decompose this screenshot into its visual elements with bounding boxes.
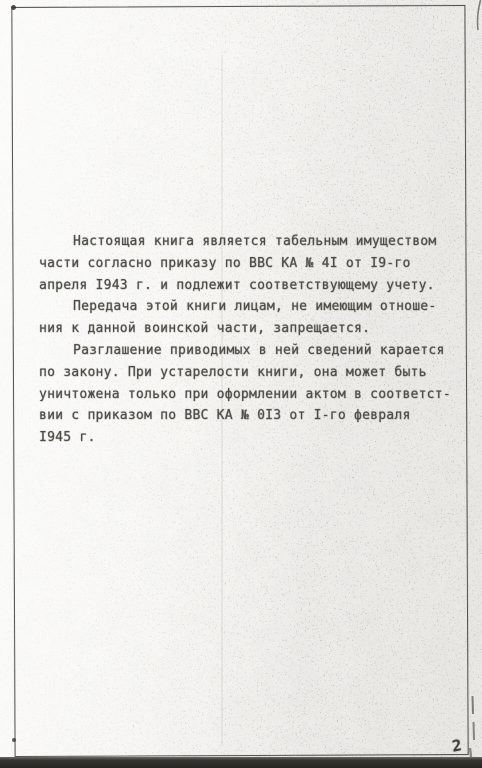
text-line: апреля I943 г. и подлежит соответствующе…	[39, 275, 449, 297]
text-line: части согласно приказу по ВВС КА № 4I от…	[39, 253, 449, 275]
text-line: Передача этой книги лицам, не имеющим от…	[39, 296, 449, 318]
text-line: ния к данной воинской части, запрещается…	[39, 318, 449, 340]
page-number: 2	[451, 735, 463, 756]
text-line: Настоящая книга является табельным имуще…	[39, 231, 449, 253]
typed-text-block: Настоящая книга является табельным имуще…	[39, 231, 449, 449]
text-line: I945 г.	[39, 427, 449, 449]
text-line: Разглашение приводимых в ней сведений ка…	[39, 340, 449, 362]
text-line: уничтожена только при оформлении актом в…	[39, 384, 449, 406]
scanned-document-page: Настоящая книга является табельным имуще…	[0, 0, 482, 768]
text-line: по закону. При устарелости книги, она мо…	[39, 362, 449, 384]
bottom-scan-strip	[0, 757, 482, 768]
corner-ink-dot	[11, 5, 16, 10]
text-line: вии с приказом по ВВС КА № 0I3 от I-го ф…	[39, 405, 449, 427]
edge-ink-dot	[12, 738, 16, 742]
